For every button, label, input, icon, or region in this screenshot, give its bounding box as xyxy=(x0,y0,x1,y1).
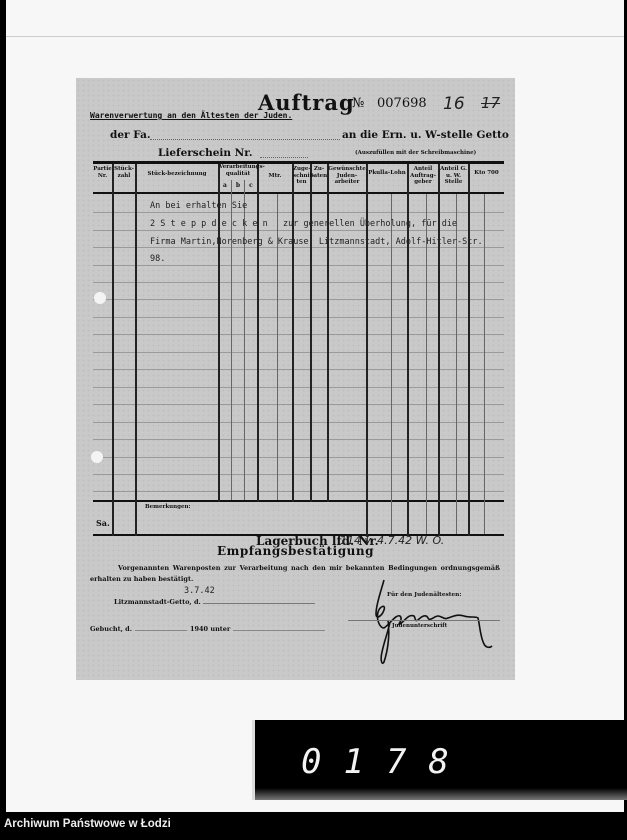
row-line xyxy=(93,474,504,475)
row-line xyxy=(93,439,504,440)
handwritten-number: 16 xyxy=(443,94,465,114)
panel-glare xyxy=(255,788,627,800)
firm-field-line xyxy=(150,139,340,140)
receipt-title: Empfangsbestätigung xyxy=(76,544,515,558)
header-piece-wage: Pkulla-Lohn xyxy=(367,170,407,177)
frame-counter: 0178 xyxy=(301,742,471,782)
typed-line-1: An bei erhalten Sie xyxy=(150,201,247,211)
header-client-share: Anteil Auftrag-geber xyxy=(408,166,438,186)
header-cut: Zuge-schnit-ten xyxy=(293,166,310,186)
row-line xyxy=(93,422,504,423)
column-divider xyxy=(468,164,470,536)
row-line xyxy=(93,317,504,318)
column-divider xyxy=(218,164,220,502)
booked-under-line xyxy=(233,630,325,631)
handwritten-struck-number: 17 xyxy=(481,94,500,112)
row-line xyxy=(93,212,504,213)
firm-label: der Fa. xyxy=(110,129,151,141)
column-divider xyxy=(257,164,259,502)
table-top-rule xyxy=(93,161,504,164)
firm-row: der Fa. an die Ern. u. W-stelle Getto xyxy=(110,129,510,143)
punch-hole xyxy=(94,292,106,304)
booked-date-line xyxy=(135,630,187,631)
row-line xyxy=(93,352,504,353)
column-divider xyxy=(310,164,312,502)
quality-sub-c: c xyxy=(245,183,257,190)
typed-line-4: 98. xyxy=(150,254,165,264)
booked-row: Gebucht, d.1940 unter xyxy=(90,625,325,633)
header-requested-workers: Gewünschte Juden-arbeiter xyxy=(328,166,366,186)
archive-label: Archiwum Państwowe w Łodzi xyxy=(4,818,171,830)
signature xyxy=(366,576,496,666)
typed-date: 3.7.42 xyxy=(184,586,215,596)
column-divider xyxy=(327,164,329,502)
sum-label: Sa. xyxy=(96,518,110,528)
row-line xyxy=(93,369,504,370)
row-line xyxy=(93,457,504,458)
signature-line xyxy=(348,620,500,621)
year-label: 1940 unter xyxy=(190,625,230,633)
delivery-note-label: Lieferschein Nr. xyxy=(158,147,253,159)
place-label: Litzmannstadt-Getto, d. xyxy=(114,598,201,606)
scan-edge-line xyxy=(6,36,627,37)
table-header-rule xyxy=(93,192,504,194)
header-account-700: Kto 700 xyxy=(469,170,504,177)
row-line xyxy=(93,247,504,248)
header-item-description: Stück-bezeichnung xyxy=(136,171,218,178)
fill-instruction: (Auszufüllen mit der Schreibmaschine) xyxy=(355,150,476,156)
header-meters: Mtr. xyxy=(258,173,292,180)
row-line xyxy=(93,265,504,266)
date-field-line xyxy=(203,603,315,604)
frame-counter-panel: 0178 xyxy=(252,720,627,800)
organization-name: Warenverwertung an den Ältesten der Jude… xyxy=(90,111,292,120)
order-form-document: Auftrag № 007698 16 17 Warenverwertung a… xyxy=(76,78,515,680)
recipient-label: an die Ern. u. W-stelle Getto xyxy=(342,129,509,141)
row-line xyxy=(93,387,504,388)
row-line xyxy=(93,491,504,492)
row-line xyxy=(93,334,504,335)
typed-line-3: Firma Martin,Norenberg & Krause, Litzman… xyxy=(150,237,483,247)
typed-line-2: 2 S t e p p d e c k e n zur generellen Ü… xyxy=(150,219,457,229)
row-line xyxy=(93,404,504,405)
signature-caption: Judenunterschrift xyxy=(392,623,447,629)
delivery-note-field-line xyxy=(260,157,308,158)
number-sign: № xyxy=(352,96,364,111)
column-divider xyxy=(484,194,485,534)
table-body-end-rule xyxy=(93,500,504,502)
column-divider xyxy=(135,164,137,536)
booked-label: Gebucht, d. xyxy=(90,625,132,633)
header-quantity: Stück-zahl xyxy=(113,166,135,179)
row-line xyxy=(93,299,504,300)
column-divider xyxy=(112,164,114,536)
quality-sub-b: b xyxy=(232,183,244,190)
quality-sub-a: a xyxy=(219,183,231,190)
row-line xyxy=(93,282,504,283)
punch-hole xyxy=(91,451,103,463)
row-line xyxy=(93,230,504,231)
header-gw-share: Anteil G. u. W. Stelle xyxy=(439,166,468,186)
place-date-row: Litzmannstadt-Getto, d. xyxy=(114,598,315,606)
items-table: Partie Nr. Stück-zahl Stück-bezeichnung … xyxy=(93,161,504,536)
remarks-label: Bemerkungen: xyxy=(145,504,191,510)
column-divider xyxy=(292,164,294,502)
header-batch-no: Partie Nr. xyxy=(93,166,112,179)
order-number: 007698 xyxy=(377,96,427,111)
archive-footer: Archiwum Państwowe w Łodzi xyxy=(0,812,627,840)
header-processing-quality: Verarbeitungs-qualität xyxy=(219,164,257,177)
header-supplies: Zu-taten xyxy=(311,166,327,179)
delivery-note-row: Lieferschein Nr. (Auszufüllen mit der Sc… xyxy=(158,147,508,161)
